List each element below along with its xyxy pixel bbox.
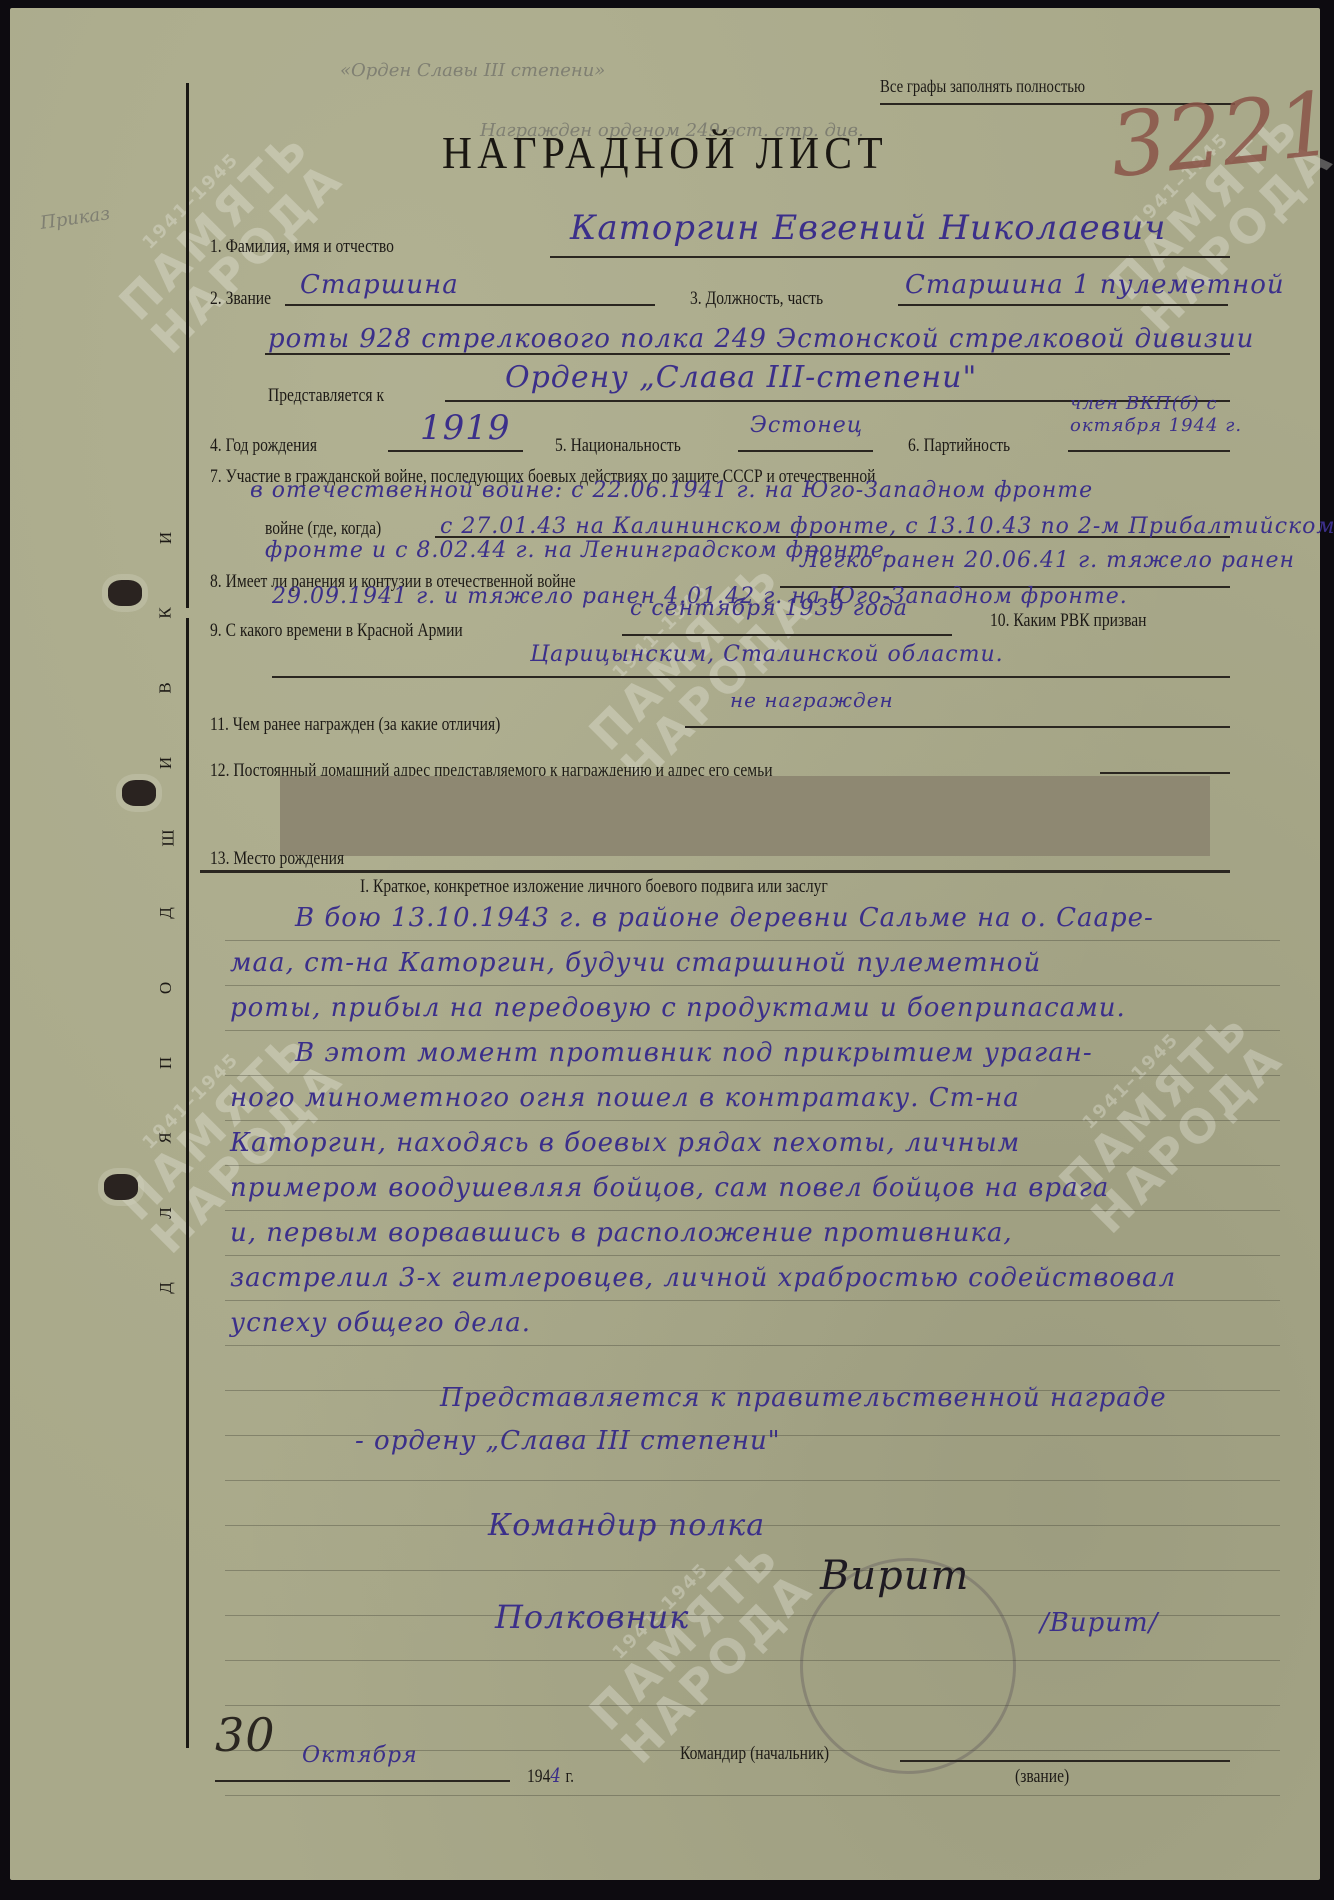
- field-6-underline: [1068, 450, 1230, 452]
- field-1-value: Каторгин Евгений Николаевич: [570, 208, 1166, 248]
- redacted-address: [280, 776, 1210, 856]
- ruled-line: [225, 1615, 1280, 1616]
- award-sheet-paper: 1941–1945ПАМЯТЬНАРОДА 1941–1945ПАМЯТЬНАР…: [10, 8, 1320, 1880]
- field-13-label: 13. Место рождения: [210, 848, 344, 870]
- ruled-line: [225, 1075, 1280, 1076]
- ruled-line: [225, 940, 1280, 941]
- punch-hole: [104, 1174, 138, 1200]
- date-underline: [215, 1780, 510, 1782]
- punch-hole: [122, 780, 156, 806]
- field-3-underline: [898, 304, 1228, 306]
- field-5-underline: [738, 450, 873, 452]
- narrative-line: В этот момент противник под прикрытием у…: [295, 1038, 1093, 1068]
- field-4-underline: [388, 450, 523, 452]
- commander-underline: [900, 1760, 1230, 1762]
- field-4-value: 1919: [420, 408, 511, 448]
- ruled-line: [225, 1570, 1280, 1571]
- date-day: 30: [215, 1708, 276, 1762]
- commander-label: Командир (начальник): [680, 1743, 829, 1765]
- narrative-line: роты, прибыл на передовую с продуктами и…: [230, 993, 1126, 1023]
- field-8-value-line: Легко ранен 20.06.41 г. тяжело ранен: [800, 548, 1295, 573]
- narrative-line: ного минометного огня пошел в контратаку…: [230, 1083, 1020, 1113]
- field-2-value: Старшина: [300, 270, 459, 300]
- signer-rank: Полковник: [495, 1598, 689, 1636]
- punch-hole: [108, 580, 142, 606]
- watermark: 1941–1945ПАМЯТЬНАРОДА: [567, 1517, 821, 1771]
- ruled-line: [225, 1255, 1280, 1256]
- field-7-value-line: фронте и с 8.02.44 г. на Ленинградском ф…: [265, 538, 893, 563]
- field-10-underline: [272, 676, 1230, 678]
- section-divider: [200, 870, 1230, 873]
- field-3-value: Старшина 1 пулеметной: [905, 270, 1285, 300]
- ruled-line: [225, 1480, 1280, 1481]
- recommendation-line: - ордену „Слава III степени": [355, 1426, 781, 1456]
- ruled-line: [225, 985, 1280, 986]
- field-2-underline: [285, 304, 655, 306]
- field-6-label: 6. Партийность: [908, 435, 1010, 457]
- field-1-label: 1. Фамилия, имя и отчество: [210, 236, 394, 258]
- margin-line: [186, 618, 189, 1748]
- narrative-line: Каторгин, находясь в боевых рядах пехоты…: [230, 1128, 1020, 1158]
- field-12-underline: [1100, 772, 1230, 774]
- presented-label: Представляется к: [268, 385, 384, 407]
- field-2-label: 2. Звание: [210, 288, 271, 310]
- watermark: 1941–1945ПАМЯТЬНАРОДА: [97, 107, 351, 361]
- presented-value: Ордену „Слава III-степени": [505, 360, 977, 395]
- ruled-line: [225, 1390, 1280, 1391]
- narrative-line: примером воодушевляя бойцов, сам повел б…: [230, 1173, 1109, 1203]
- recommendation-line: Представляется к правительственной награ…: [440, 1383, 1167, 1413]
- ruled-line: [225, 1210, 1280, 1211]
- narrative-line: В бою 13.10.1943 г. в районе деревни Сал…: [295, 903, 1154, 933]
- date-year: 1944 г.: [527, 1763, 574, 1788]
- ruled-line: [225, 1345, 1280, 1346]
- ruled-line: [225, 1030, 1280, 1031]
- field-11-label: 11. Чем ранее награжден (за какие отличи…: [210, 714, 500, 736]
- field-9-label: 9. С какого времени в Красной Армии: [210, 620, 463, 642]
- ruled-line: [225, 1300, 1280, 1301]
- signer-name: /Вирит/: [1040, 1608, 1158, 1638]
- margin-line: [186, 83, 189, 608]
- faded-note: Приказ: [39, 203, 111, 234]
- instruction-text: Все графы заполнять полностью: [880, 76, 1085, 97]
- field-10-value: Царицынским, Сталинской области.: [530, 642, 1004, 667]
- field-3-continuation: роты 928 стрелкового полка 249 Эстонской…: [268, 324, 1254, 354]
- field-7-label-2: войне (где, когда): [265, 518, 381, 540]
- field-3-label: 3. Должность, часть: [690, 288, 823, 310]
- narrative-line: успеху общего дела.: [230, 1308, 531, 1338]
- ruled-line: [225, 1435, 1280, 1436]
- date-month: Октября: [302, 1743, 418, 1768]
- section-heading: I. Краткое, конкретное изложение личного…: [360, 876, 828, 898]
- ruled-line: [225, 1165, 1280, 1166]
- ruled-line: [225, 1750, 1280, 1751]
- field-7-value-line: с 27.01.43 на Калининском фронте, с 13.1…: [440, 514, 1334, 539]
- field-6-value: член ВКП(б) с октября 1944 г.: [1070, 393, 1290, 437]
- narrative-line: и, первым ворвавшись в расположение прот…: [230, 1218, 1013, 1248]
- field-7-value-line: в отечественной войне: с 22.06.1941 г. н…: [250, 478, 1093, 503]
- field-1-underline: [550, 256, 1230, 258]
- ruled-line: [225, 1660, 1280, 1661]
- field-10-label: 10. Каким РВК призван: [990, 610, 1147, 632]
- narrative-line: застрелил 3-х гитлеровцев, личной храбро…: [230, 1263, 1176, 1293]
- narrative-line: маа, ст-на Каторгин, будучи старшиной пу…: [230, 948, 1041, 978]
- rank-caption: (звание): [1015, 1766, 1069, 1788]
- ruled-line: [225, 1705, 1280, 1706]
- ruled-line: [225, 1120, 1280, 1121]
- field-5-value: Эстонец: [750, 413, 863, 438]
- field-11-value: не награжден: [730, 688, 894, 712]
- field-9-underline: [622, 634, 952, 636]
- faded-note: «Орден Славы III степени»: [340, 60, 605, 81]
- page-title: НАГРАДНОЙ ЛИСТ: [442, 126, 888, 179]
- field-5-label: 5. Национальность: [555, 435, 681, 457]
- signature: Вирит: [820, 1553, 969, 1599]
- field-4-label: 4. Год рождения: [210, 435, 317, 457]
- margin-label: ИКВИШДОПЯЛД: [160, 528, 180, 1428]
- ruled-line: [225, 1525, 1280, 1526]
- ruled-line: [225, 1795, 1280, 1796]
- field-9-value: с сентября 1939 года: [630, 596, 908, 621]
- field-11-underline: [685, 726, 1230, 728]
